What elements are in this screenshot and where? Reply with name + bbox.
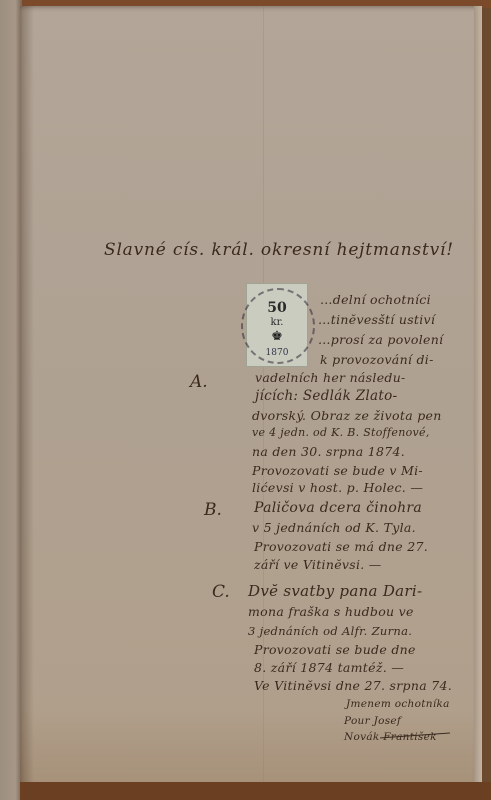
stamp-unit: kr. [247, 317, 307, 328]
manuscript-page [20, 6, 482, 788]
item-c-line: 8. září 1874 tamtéž. — [254, 660, 404, 675]
item-b-line: Paličova dcera činohra [254, 500, 422, 516]
item-b-line: v 5 jednáních od K. Tyla. [252, 520, 416, 535]
intro-line: jících: Sedlák Zlato- [255, 388, 397, 404]
underlying-page-edge [0, 0, 22, 800]
item-c-line: mona fraška s hudbou ve [248, 604, 414, 619]
intro-line: lićevsi v host. p. Holec. — [252, 480, 423, 495]
item-b-line: září ve Vitinĕvsi. — [254, 557, 382, 572]
intro-line: ve 4 jedn. od K. B. Stoffenové, [252, 426, 430, 439]
eagle-emblem-icon: ♚ [247, 329, 307, 344]
signature-name: Pour Josef [344, 715, 401, 727]
intro-line: k provozování di- [320, 352, 434, 367]
book-cover-bottom [20, 782, 491, 800]
item-marker-c: C. [212, 582, 230, 602]
intro-line: …prosí za povolení [318, 332, 443, 347]
item-marker-b: B. [204, 500, 222, 520]
intro-line: …tinĕvesští ustiví [318, 312, 435, 327]
page-right-edge [474, 6, 482, 788]
intro-line: vadelních her následu- [255, 370, 406, 385]
intro-line: Provozovati se bude v Mi- [252, 463, 423, 478]
item-c-line: Dvĕ svatby pana Dari- [248, 582, 422, 600]
stamp-value: 50 [247, 300, 307, 316]
intro-line: na den 30. srpna 1874. [252, 444, 405, 459]
signature-on-behalf: Jmenem ochotníka [346, 698, 450, 710]
revenue-stamp: 50 kr. ♚ 1870 [246, 283, 308, 367]
item-c-line: 3 jednáních od Alfr. Zurna. [248, 624, 412, 638]
intro-line: dvorský. Obraz ze života pen [252, 408, 442, 423]
item-b-line: Provozovati se má dne 27. [254, 539, 428, 554]
item-marker-a: A. [190, 372, 208, 392]
intro-line: …delní ochotníci [320, 292, 431, 307]
item-c-line: Provozovati se bude dne [254, 642, 416, 657]
stamp-year: 1870 [247, 348, 307, 358]
salutation-heading: Slavné cís. král. okresní hejtmanství! [104, 240, 454, 260]
closing-date-line: Ve Vitinĕvsi dne 27. srpna 74. [254, 678, 452, 693]
